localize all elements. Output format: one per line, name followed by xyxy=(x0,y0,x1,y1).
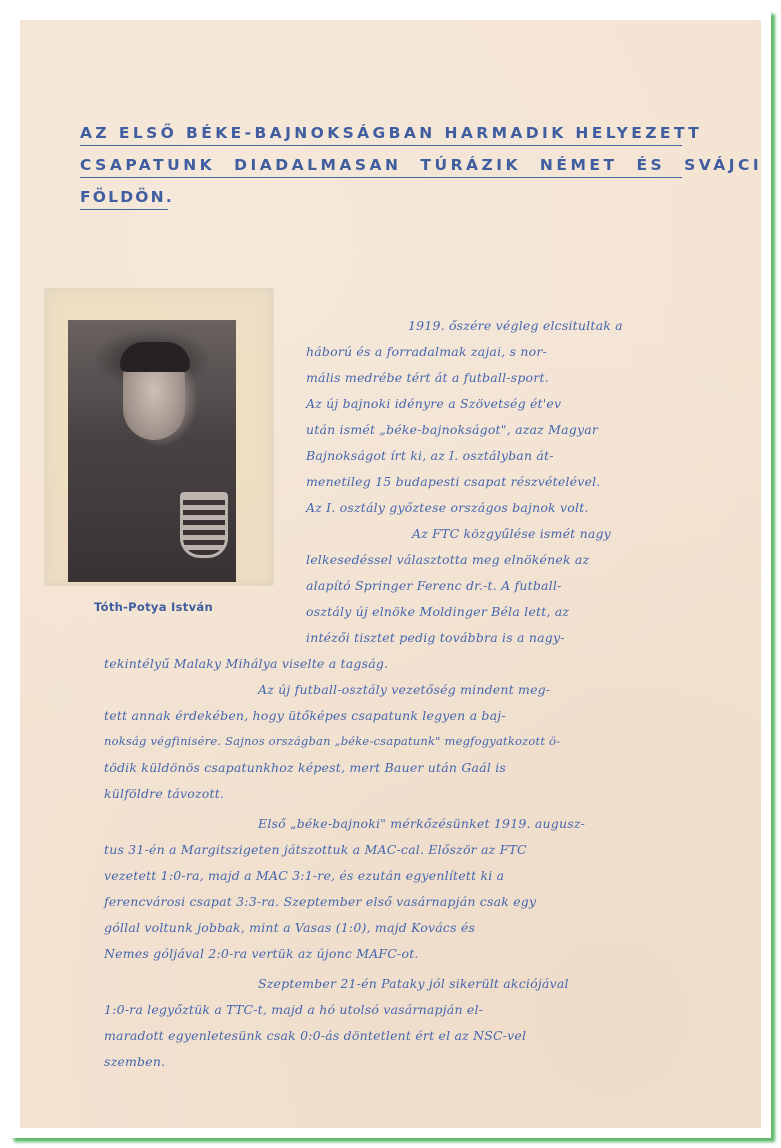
body-line: Az I. osztály győztese országos bajnok v… xyxy=(306,500,589,515)
portrait-hair xyxy=(120,342,190,372)
body-line: tus 31-én a Margitszigeten játszottuk a … xyxy=(104,842,527,857)
heading-line-3: FÖLDÖN. xyxy=(80,184,680,216)
body-line: Az új bajnoki idényre a Szövetség ét'ev xyxy=(306,396,561,411)
body-line: után ismét „béke-bajnokságot", azaz Magy… xyxy=(306,422,598,437)
body-line: alapító Springer Ferenc dr.-t. A futball… xyxy=(306,578,562,593)
body-line: mális medrébe tért át a futball-sport. xyxy=(306,370,549,385)
body-line: intézői tisztet pedig továbbra is a nagy… xyxy=(306,630,565,645)
body-line: Az FTC közgyűlése ismét nagy xyxy=(412,526,611,541)
body-line: tett annak érdekében, hogy ütőképes csap… xyxy=(104,708,506,723)
heading-underline xyxy=(80,145,682,147)
body-line: maradott egyenletesünk csak 0:0-ás dönte… xyxy=(104,1028,526,1043)
heading-underline xyxy=(80,177,682,179)
body-line: Szeptember 21-én Pataky jól sikerült akc… xyxy=(258,976,569,991)
page-heading: AZ ELSŐ BÉKE-BAJNOKSÁGBAN HARMADIK HELYE… xyxy=(80,120,680,216)
body-line: Nemes góljával 2:0-ra vertük az újonc MA… xyxy=(104,946,419,961)
body-line: 1919. őszére végleg elcsitultak a xyxy=(408,318,623,333)
body-line: szemben. xyxy=(104,1054,165,1069)
body-line: külföldre távozott. xyxy=(104,786,224,801)
body-line: ferencvárosi csapat 3:3-ra. Szeptember e… xyxy=(104,894,536,909)
portrait-photo xyxy=(68,320,236,582)
body-line: tödik küldönös csapatunkhoz képest, mert… xyxy=(104,760,506,775)
body-line: Bajnokságot írt ki, az I. osztályban át- xyxy=(306,448,554,463)
body-line: nokság végfinisére. Sajnos országban „bé… xyxy=(104,734,560,748)
body-line: Az új futball-osztály vezetőség mindent … xyxy=(258,682,550,697)
heading-line-1: AZ ELSŐ BÉKE-BAJNOKSÁGBAN HARMADIK HELYE… xyxy=(80,120,680,152)
body-line: tekintélyű Malaky Mihálya viselte a tags… xyxy=(104,656,388,671)
crest-icon xyxy=(180,492,228,558)
heading-line-2: CSAPATUNK DIADALMASAN TÚRÁZIK NÉMET ÉS S… xyxy=(80,152,680,184)
body-line: góllal voltunk jobbak, mint a Vasas (1:0… xyxy=(104,920,475,935)
heading-underline xyxy=(80,209,168,211)
body-line: lelkesedéssel választotta meg elnökének … xyxy=(306,552,589,567)
body-line: osztály új elnöke Moldinger Béla lett, a… xyxy=(306,604,569,619)
body-line: vezetett 1:0-ra, majd a MAC 3:1-re, és e… xyxy=(104,868,504,883)
body-line: Első „béke-bajnoki" mérkőzésünket 1919. … xyxy=(258,816,585,831)
body-line: menetileg 15 budapesti csapat részvételé… xyxy=(306,474,600,489)
body-line: 1:0-ra legyőztük a TTC-t, majd a hó utol… xyxy=(104,1002,483,1017)
body-line: háború és a forradalmak zajai, s nor- xyxy=(306,344,547,359)
photo-caption: Tóth-Potya István xyxy=(94,600,213,614)
